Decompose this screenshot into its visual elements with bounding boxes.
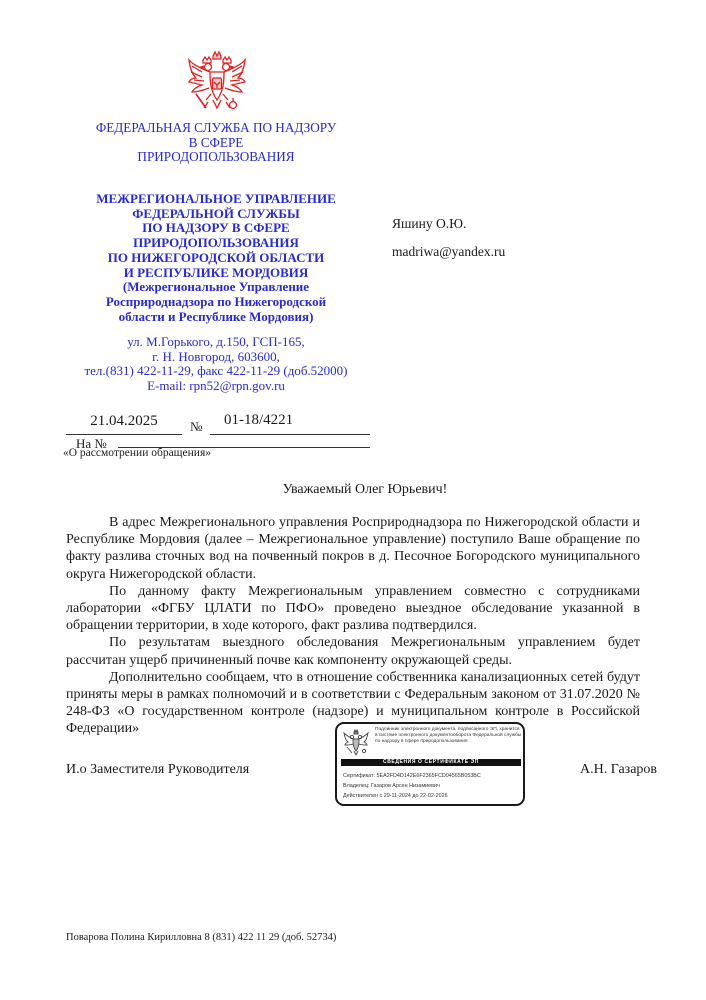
date-underline [66, 434, 182, 435]
salutation: Уважаемый Олег Юрьевич! [0, 482, 706, 498]
executor-contact: Поварова Полина Кирилловна 8 (831) 422 1… [66, 932, 336, 943]
russian-coat-of-arms-icon [343, 729, 369, 757]
stamp-validity: Действителен с 29-11-2024 до 22-02-2026 [343, 791, 481, 801]
stamp-certificate: Сертификат: 5EA2FD4D142E6F2365FCD04565B0… [343, 771, 481, 781]
address-line: тел.(831) 422-11-29, факс 422-11-29 (доб… [66, 364, 366, 379]
agency-name: ФЕДЕРАЛЬНАЯ СЛУЖБА ПО НАДЗОРУ В СФЕРЕ ПР… [66, 121, 366, 165]
signatory-title: И.о Заместителя Руководителя [66, 762, 249, 778]
body-paragraph: В адрес Межрегионального управления Росп… [66, 514, 640, 583]
number-sign: № [190, 419, 202, 435]
agency-line: ФЕДЕРАЛЬНАЯ СЛУЖБА ПО НАДЗОРУ [66, 121, 366, 136]
department-line: ПРИРОДОПОЛЬЗОВАНИЯ [66, 236, 366, 251]
stamp-note: Подлинник электронного документа, подпис… [375, 727, 523, 745]
document-number: 01-18/4221 [210, 412, 370, 429]
recipient-name: Яшину О.Ю. [392, 216, 505, 231]
agency-line: В СФЕРЕ [66, 136, 366, 151]
address-email[interactable]: E-mail: rpn52@rpn.gov.ru [66, 379, 366, 394]
document-subject: «О рассмотрении обращения» [63, 447, 211, 459]
stamp-band: СВЕДЕНИЯ О СЕРТИФИКАТЕ ЭП [341, 759, 521, 766]
body-paragraph: По результатам выездного обследования Ме… [66, 634, 640, 668]
body-paragraph: По данному факту Межрегиональным управле… [66, 583, 640, 635]
signatory-name: А.Н. Газаров [580, 762, 657, 778]
recipient-email[interactable]: madriwa@yandex.ru [392, 244, 505, 259]
department-line: ПО НИЖЕГОРОДСКОЙ ОБЛАСТИ [66, 251, 366, 266]
address-line: г. Н. Новгород, 603600, [66, 350, 366, 365]
department-line: ФЕДЕРАЛЬНОЙ СЛУЖБЫ [66, 207, 366, 222]
department-line: ПО НАДЗОРУ В СФЕРЕ [66, 221, 366, 236]
department-line: И РЕСПУБЛИКЕ МОРДОВИЯ [66, 266, 366, 281]
department-line: МЕЖРЕГИОНАЛЬНОЕ УПРАВЛЕНИЕ [66, 192, 366, 207]
letter-body: В адрес Межрегионального управления Росп… [66, 514, 640, 738]
department-line: Росприроднадзора по Нижегородской [66, 295, 366, 310]
stamp-details: Сертификат: 5EA2FD4D142E6F2365FCD04565B0… [343, 771, 481, 801]
recipient-block: Яшину О.Ю. madriwa@yandex.ru [392, 216, 505, 259]
agency-line: ПРИРОДОПОЛЬЗОВАНИЯ [66, 150, 366, 165]
department-line: области и Республике Мордовия) [66, 310, 366, 325]
stamp-owner: Владелец: Газаров Арсен Низамиевич [343, 781, 481, 791]
salutation-text: Уважаемый Олег Юрьевич! [283, 482, 448, 497]
department-name: МЕЖРЕГИОНАЛЬНОЕ УПРАВЛЕНИЕ ФЕДЕРАЛЬНОЙ С… [66, 192, 366, 324]
russian-coat-of-arms-icon [186, 50, 248, 118]
department-address: ул. М.Горького, д.150, ГСП-165, г. Н. Но… [66, 335, 366, 393]
department-line: (Межрегиональное Управление [66, 280, 366, 295]
number-underline [210, 434, 370, 435]
address-line: ул. М.Горького, д.150, ГСП-165, [66, 335, 366, 350]
e-signature-stamp: Подлинник электронного документа, подпис… [335, 722, 525, 806]
document-date: 21.04.2025 [66, 413, 182, 430]
